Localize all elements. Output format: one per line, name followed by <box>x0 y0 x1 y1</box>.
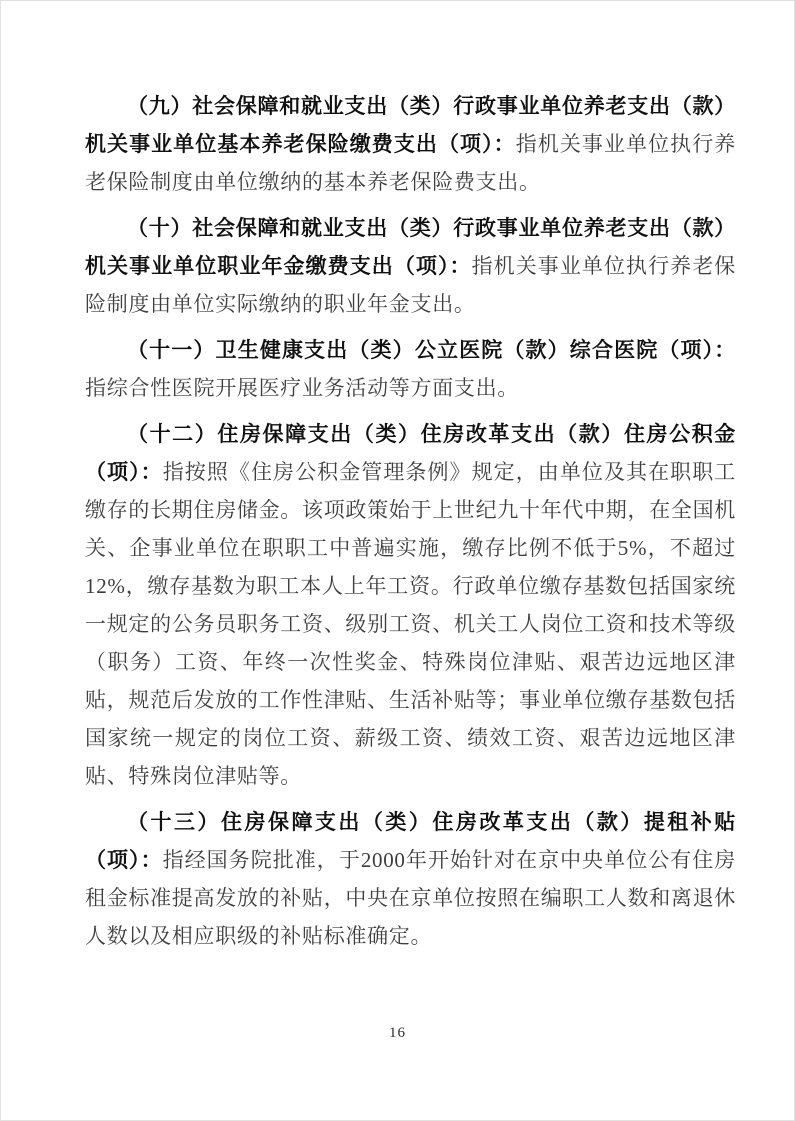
paragraph-item-12: （十二）住房保障支出（类）住房改革支出（款）住房公积金（项）：指按照《住房公积金… <box>85 415 736 795</box>
document-page: （九）社会保障和就业支出（类）行政事业单位养老支出（款）机关事业单位基本养老保险… <box>0 0 795 1121</box>
paragraph-item-13: （十三）住房保障支出（类）住房改革支出（款）提租补贴（项）：指经国务院批准，于2… <box>85 803 736 955</box>
paragraph-body: 指经国务院批准，于2000年开始针对在京中央单位公有住房租金标准提高发放的补贴，… <box>85 848 736 948</box>
paragraph-item-11: （十一）卫生健康支出（类）公立医院（款）综合医院（项）：指综合性医院开展医疗业务… <box>85 331 736 407</box>
paragraph-heading: （十一）卫生健康支出（类）公立医院（款）综合医院（项）： <box>127 338 736 362</box>
paragraph-body: 指按照《住房公积金管理条例》规定，由单位及其在职职工缴存的长期住房储金。该项政策… <box>85 460 736 788</box>
paragraph-body: 指综合性医院开展医疗业务活动等方面支出。 <box>85 376 519 400</box>
page-number: 16 <box>1 1025 794 1042</box>
paragraph-item-9: （九）社会保障和就业支出（类）行政事业单位养老支出（款）机关事业单位基本养老保险… <box>85 87 736 201</box>
paragraph-item-10: （十）社会保障和就业支出（类）行政事业单位养老支出（款）机关事业单位职业年金缴费… <box>85 209 736 323</box>
document-content: （九）社会保障和就业支出（类）行政事业单位养老支出（款）机关事业单位基本养老保险… <box>85 87 736 963</box>
